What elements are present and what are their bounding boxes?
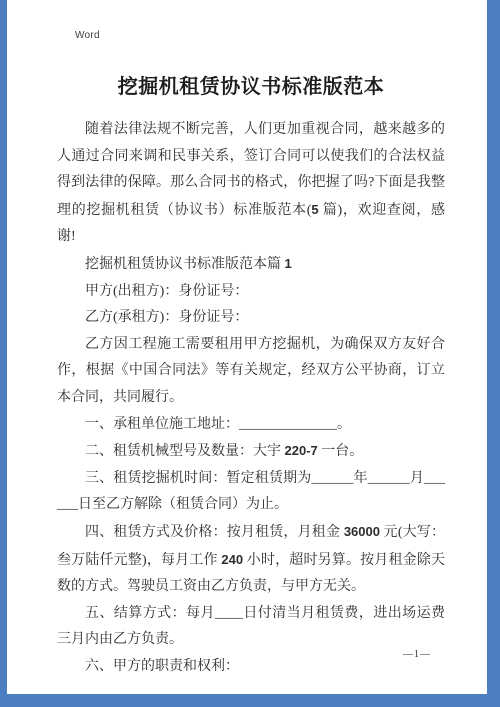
paragraph-clause-2: 二、租赁机械型号及数量：大宇 220-7 一台。	[57, 438, 445, 466]
document-content: 挖掘机租赁协议书标准版范本 随着法律法规不断完善，人们更加重视合同，越来越多的人…	[57, 0, 445, 680]
page-number: —1—	[403, 649, 431, 660]
paragraph-party-b: 乙方(承租方)：身份证号：	[57, 305, 445, 332]
paragraph-clause-5: 五、结算方式：每月____日付清当月租赁费，进出场运费三月内由乙方负责。	[57, 601, 445, 654]
paragraph-clause-6: 六、甲方的职责和权利：	[57, 654, 445, 681]
paragraph-intro: 随着法律法规不断完善，人们更加重视合同，越来越多的人通过合同来调和民事关系，签订…	[57, 117, 445, 251]
document-title: 挖掘机租赁协议书标准版范本	[57, 70, 445, 99]
paragraph-clause-3: 三、租赁挖掘机时间：暂定租赁期为______年______月______日至乙方…	[57, 466, 445, 519]
paragraph-party-a: 甲方(出租方)：身份证号：	[57, 279, 445, 306]
paragraph-clause-1: 一、承租单位施工地址：______________。	[57, 412, 445, 439]
paragraph-clause-4: 四、租赁方式及价格：按月租赁，月租金 36000 元(大写：叁万陆仟元整)，每月…	[57, 519, 445, 601]
document-page: Word 挖掘机租赁协议书标准版范本 随着法律法规不断完善，人们更加重视合同，越…	[7, 0, 487, 694]
paragraph-section-heading: 挖掘机租赁协议书标准版范本篇 1	[57, 251, 445, 279]
paragraph-preamble: 乙方因工程施工需要租用甲方挖掘机，为确保双方友好合作，根据《中国合同法》等有关规…	[57, 332, 445, 412]
